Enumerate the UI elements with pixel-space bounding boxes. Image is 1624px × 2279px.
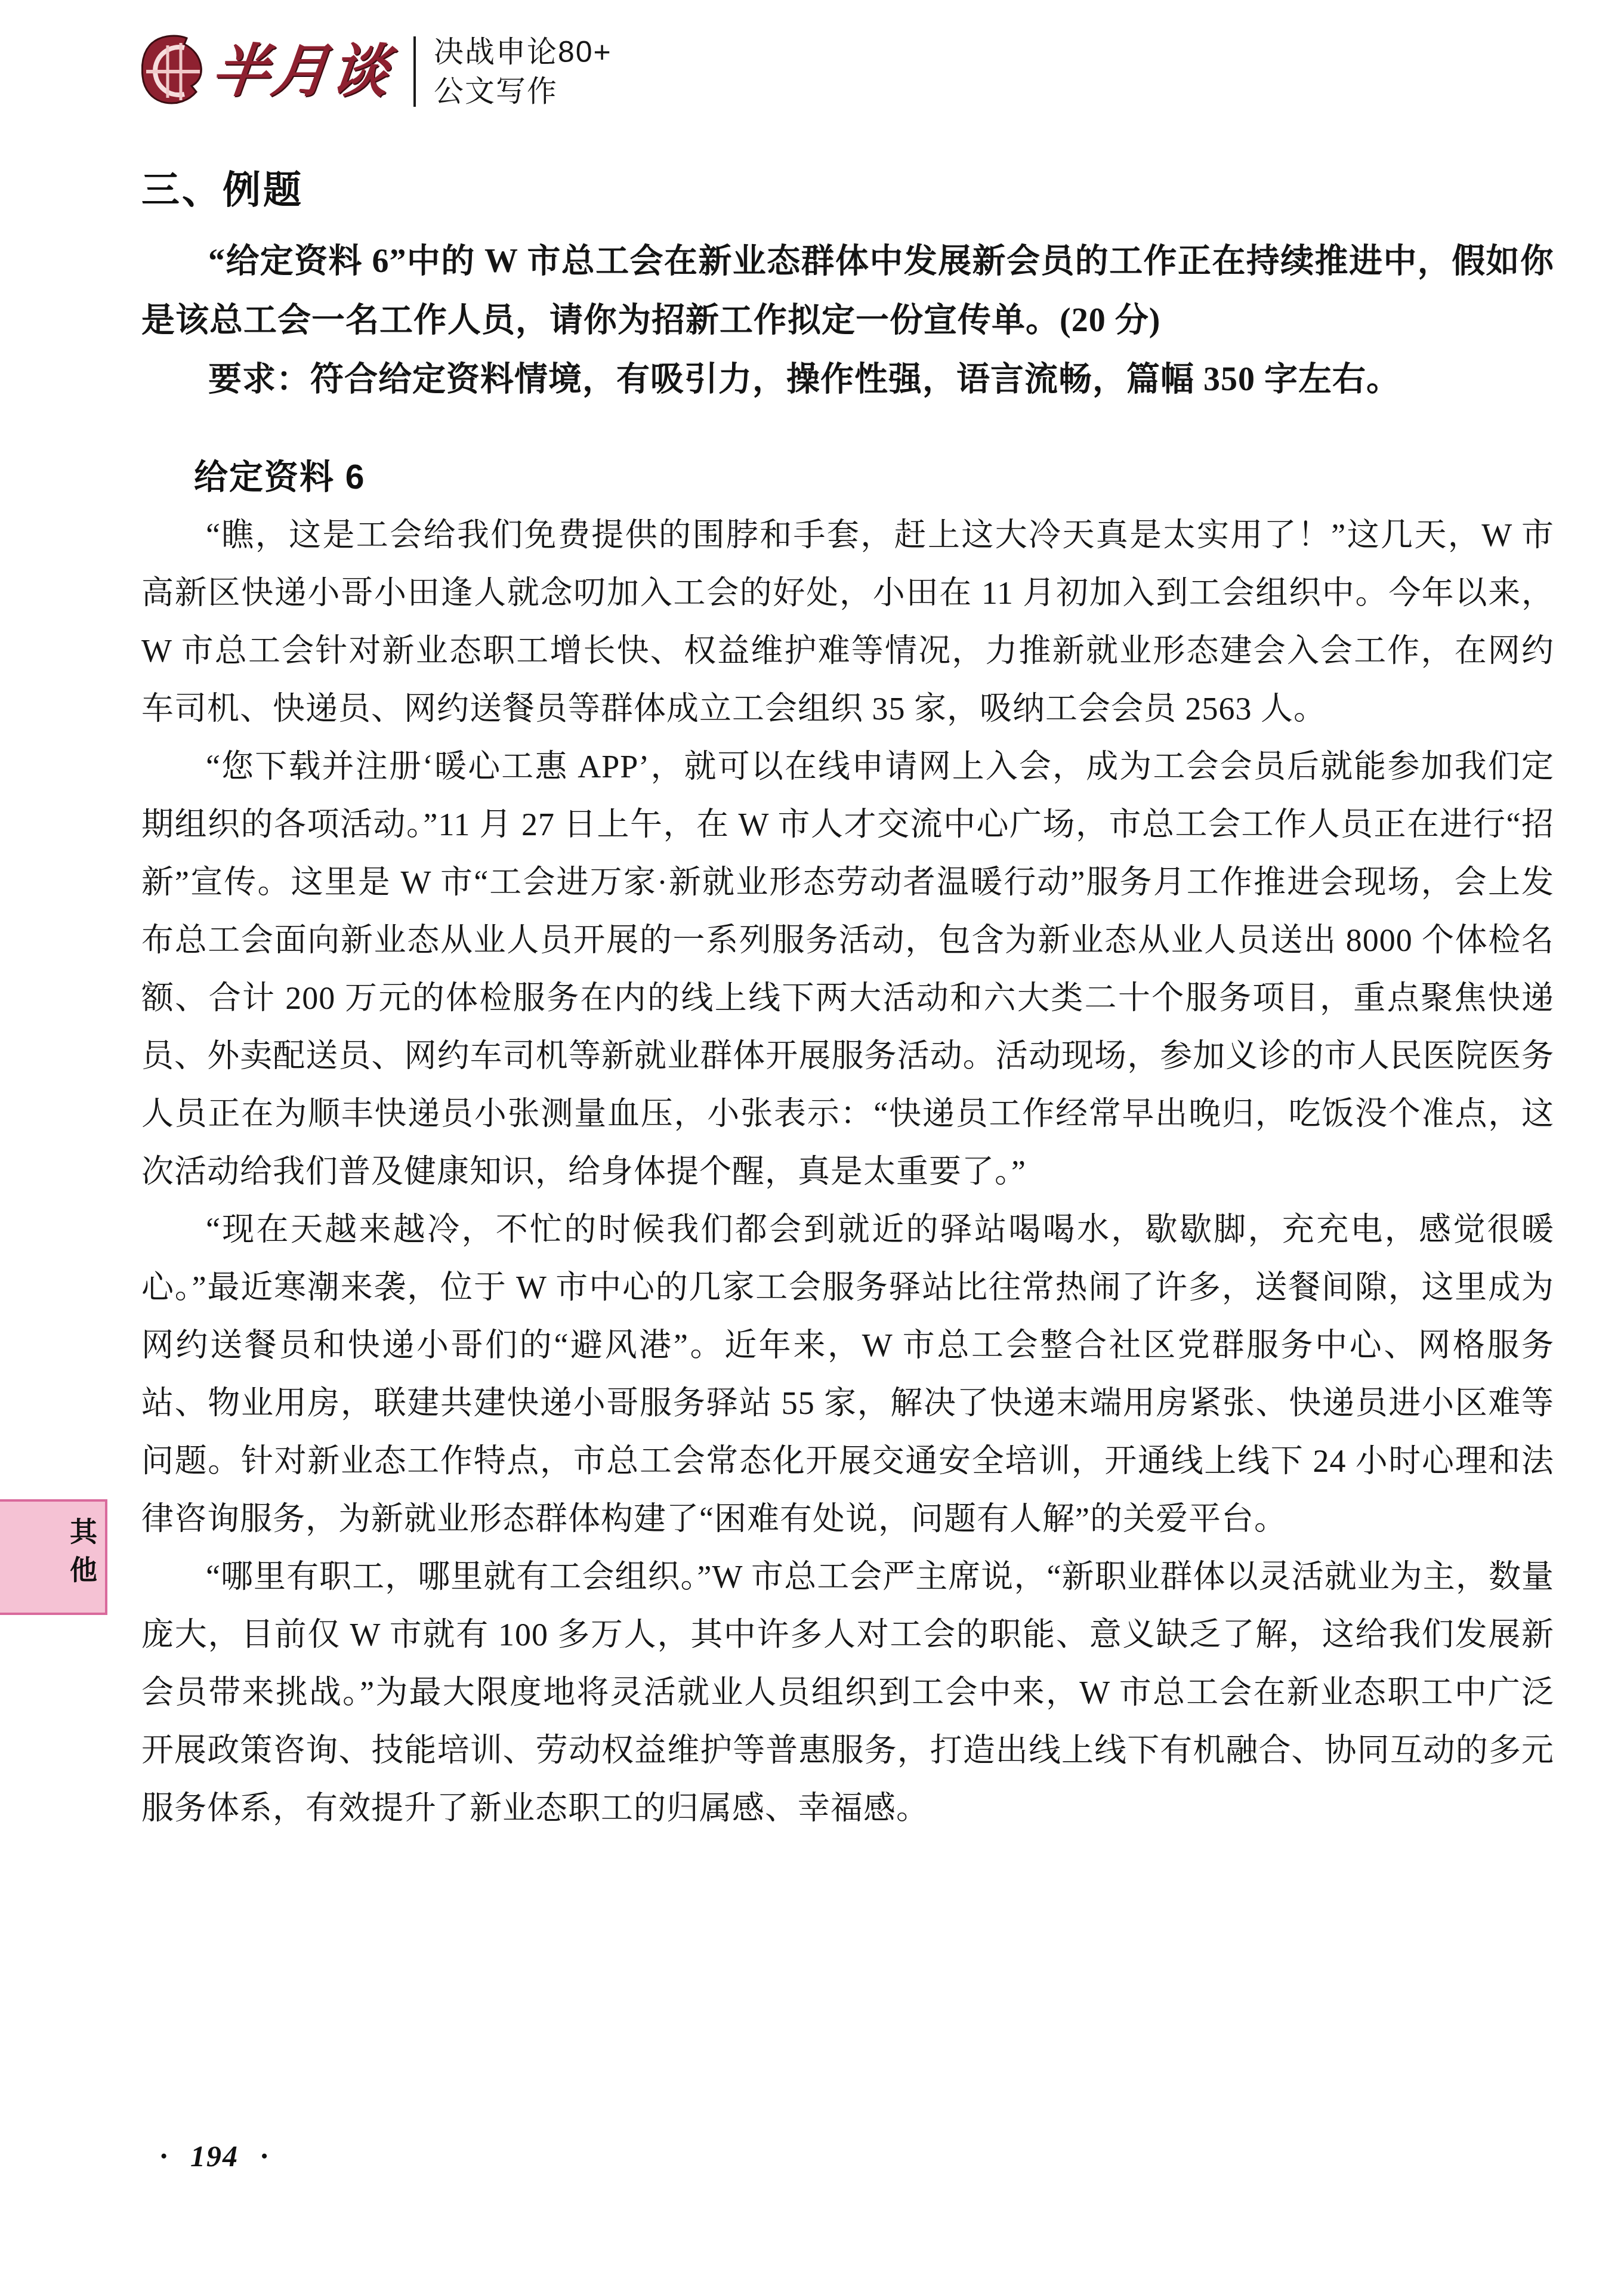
material-paragraph-2: “您下载并注册‘暖心工惠 APP’，就可以在线申请网上入会，成为工会会员后就能参… xyxy=(141,738,1554,1201)
material-paragraph-1: “瞧，这是工会给我们免费提供的围脖和手套，赶上这大冷天真是太实用了！”这几天，W… xyxy=(141,507,1554,738)
header-divider xyxy=(413,36,416,107)
material-heading: 给定资料 6 xyxy=(141,449,1554,507)
chapter-side-tab-label: 其他 xyxy=(68,1517,95,1594)
chapter-side-tab: 其他 xyxy=(0,1499,107,1615)
series-title-line1: 决战申论80+ xyxy=(434,35,612,69)
requirement-paragraph: 要求：符合给定资料情境，有吸引力，操作性强，语言流畅，篇幅 350 字左右。 xyxy=(141,350,1554,409)
question-paragraph: “给定资料 6”中的 W 市总工会在新业态群体中发展新会员的工作正在持续推进中，… xyxy=(141,232,1554,350)
material-paragraph-4: “哪里有职工，哪里就有工会组织。”W 市总工会严主席说，“新职业群体以灵活就业为… xyxy=(141,1548,1554,1838)
series-titles: 决战申论80+ 公文写作 xyxy=(434,35,612,108)
page-number: · 194 · xyxy=(160,2139,269,2173)
banyuetan-emblem-icon xyxy=(141,35,203,109)
header: 半月谈 决战申论80+ 公文写作 xyxy=(141,35,612,109)
book-page: 半月谈 决战申论80+ 公文写作 三、例题 “给定资料 6”中的 W 市总工会在… xyxy=(0,0,1624,2279)
material-block: “瞧，这是工会给我们免费提供的围脖和手套，赶上这大冷天真是太实用了！”这几天，W… xyxy=(141,507,1554,1838)
series-title-line2: 公文写作 xyxy=(434,75,612,108)
material-paragraph-3: “现在天越来越冷，不忙的时候我们都会到就近的驿站喝喝水，歇歇脚，充充电，感觉很暖… xyxy=(141,1201,1554,1548)
banyuetan-logo-text: 半月谈 xyxy=(209,43,394,100)
main-content: 三、例题 “给定资料 6”中的 W 市总工会在新业态群体中发展新会员的工作正在持… xyxy=(141,169,1554,1838)
section-title: 三、例题 xyxy=(141,169,1554,211)
question-block: “给定资料 6”中的 W 市总工会在新业态群体中发展新会员的工作正在持续推进中，… xyxy=(141,232,1554,409)
